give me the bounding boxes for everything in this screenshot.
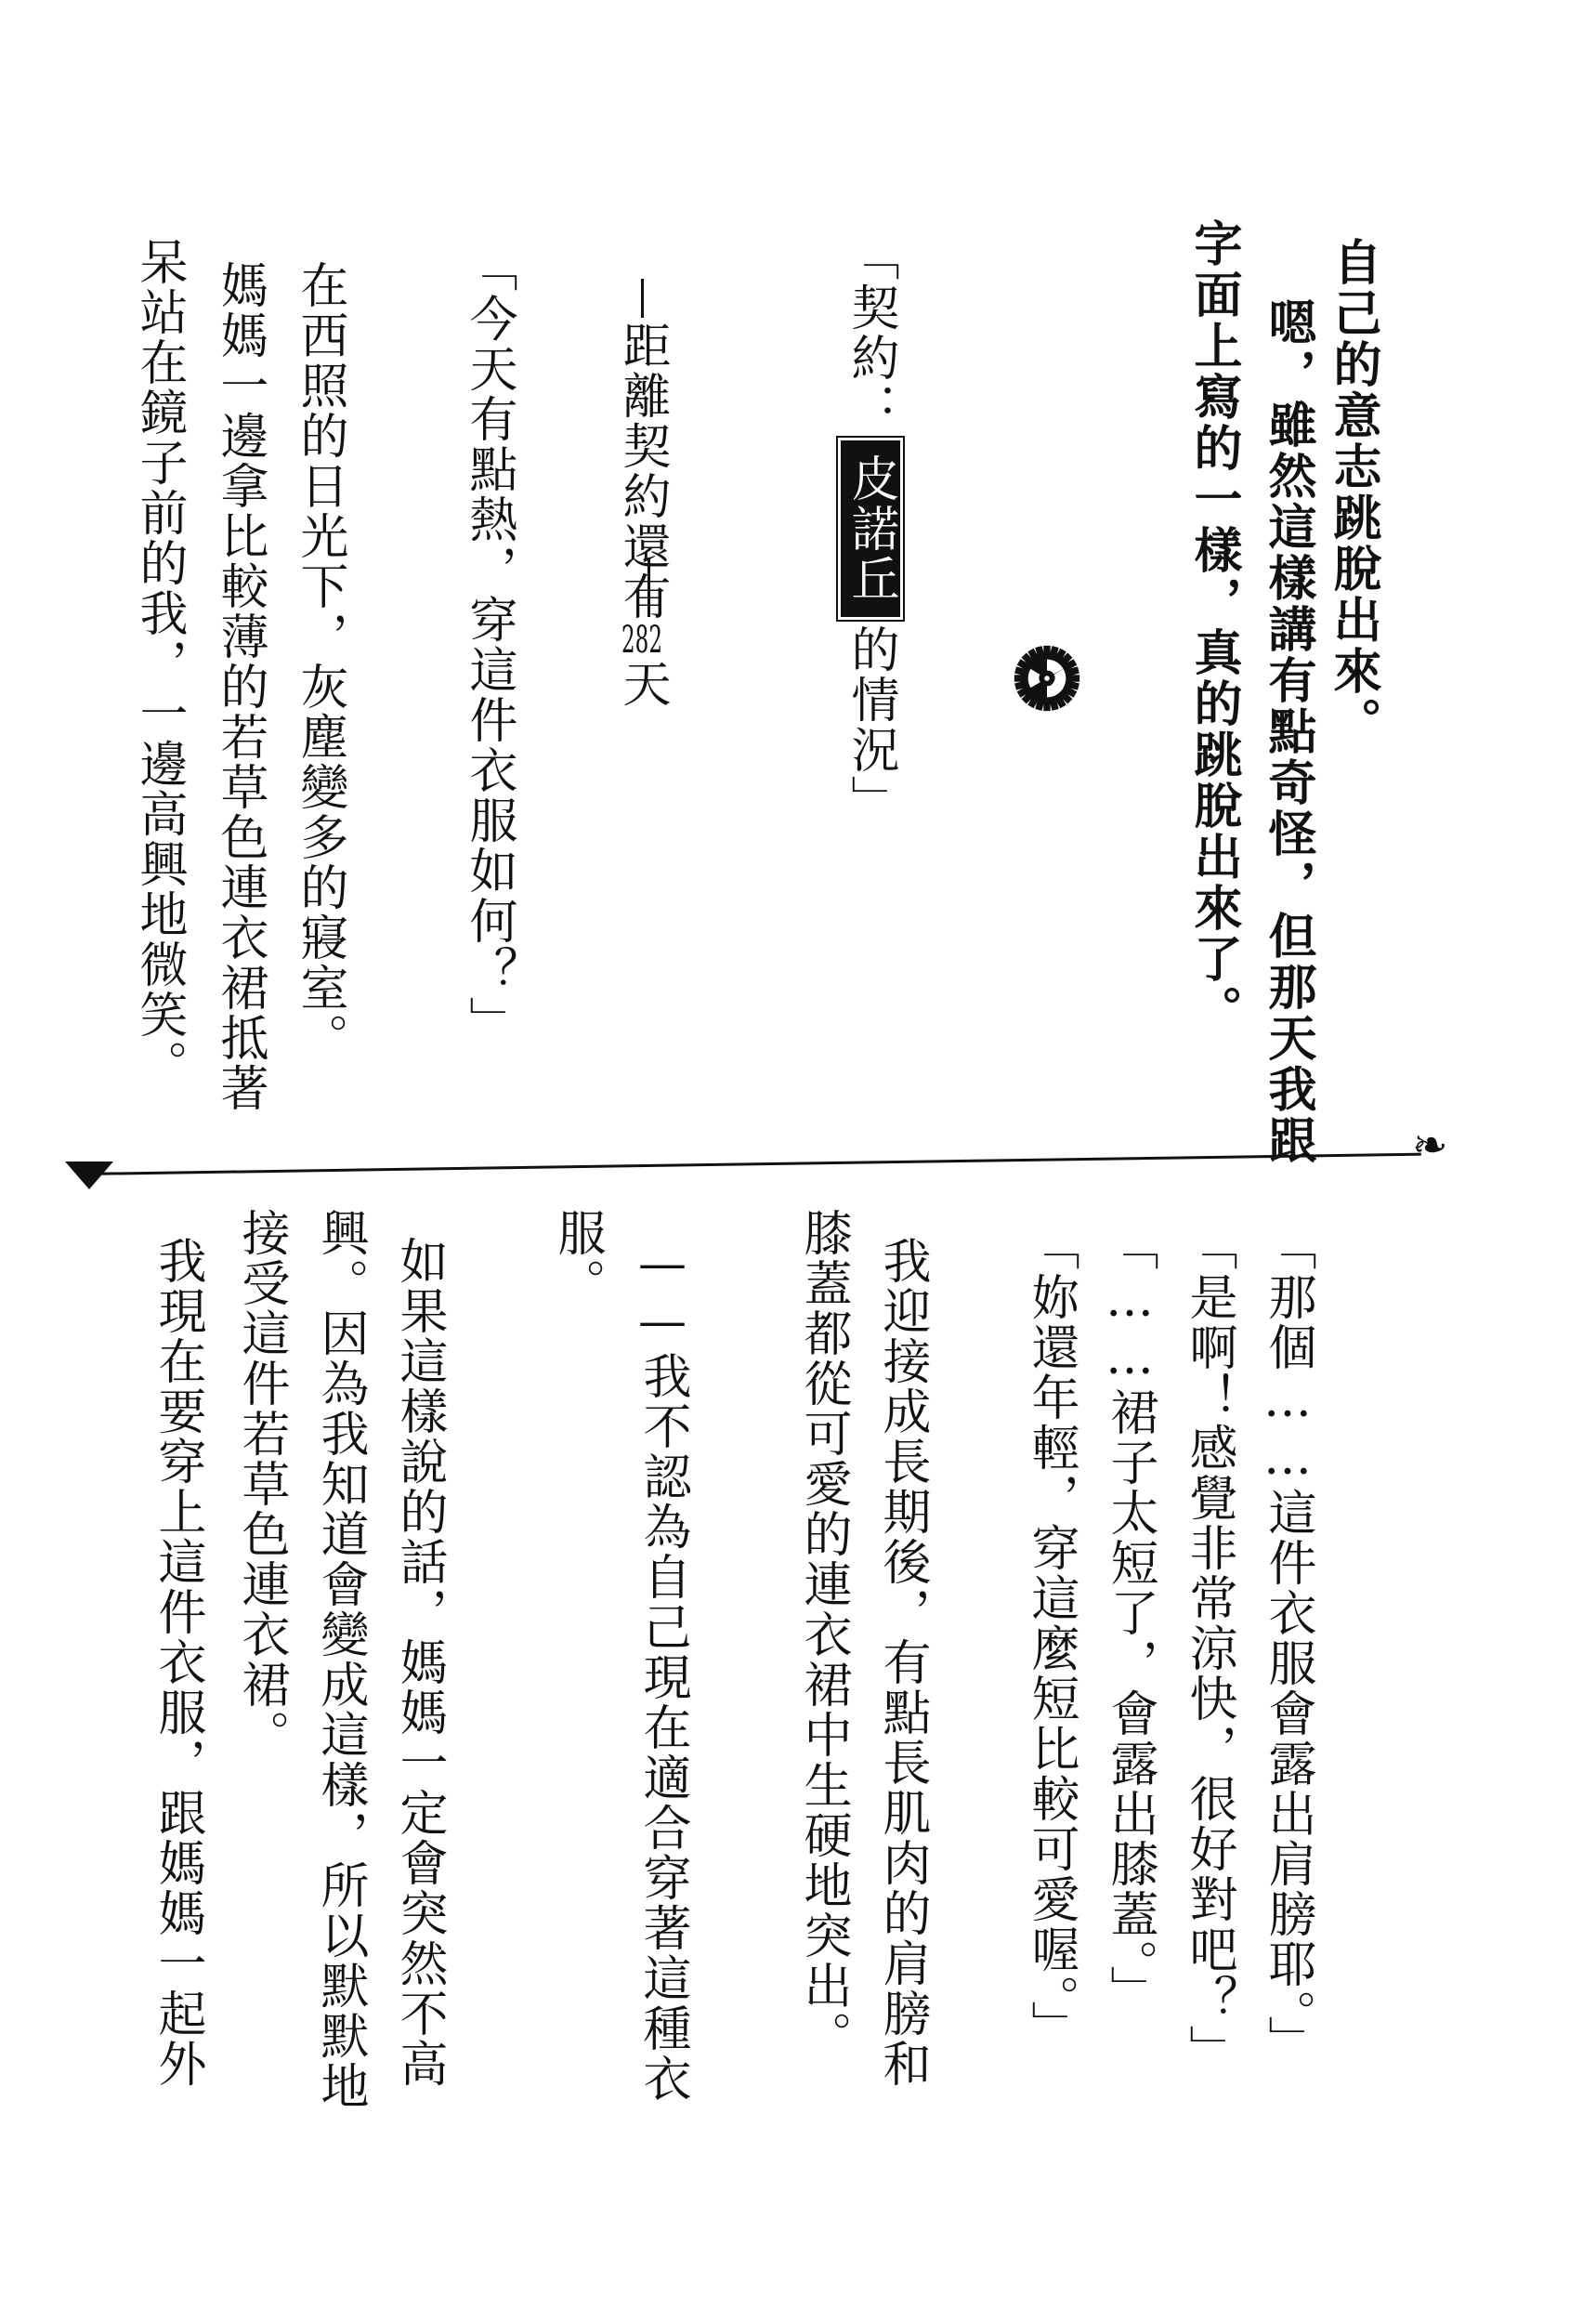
paragraph-column: 在西照的日光下，灰塵變多的寢室。 [295,260,344,1063]
divider-right-ornament: ❧ [1412,1120,1448,1170]
divider-left-ornament [65,1161,113,1189]
paragraph-column: 膝蓋都從可愛的連衣裙中生硬地突出。 [799,1208,847,2061]
dialogue-column: 「妳還年輕，穿這麼短比較可愛喔。」 [1027,1222,1075,2051]
paragraph-column: 服。 [553,1208,601,1308]
paragraph-column: ——我不認為自己現在適合穿著這種衣 [638,1236,687,2104]
chapter-title-suffix: 的情況」 [843,624,898,825]
chapter-title: 「契約：皮諾丘的情況」 [841,232,900,825]
dialogue-column: 「今天有點熱，穿這件衣服如何？」 [464,243,513,1046]
paragraph-column: 呆站在鏡子前的我，一邊高興地微笑。 [135,237,183,1090]
paragraph-column: 自己的意志跳脫出來。 [1328,237,1377,748]
paragraph-column: 媽媽一邊拿比較薄的若草色連衣裙抵著 [216,260,264,1113]
section-divider [84,1153,1421,1175]
countdown-dash-top [641,279,644,318]
dialogue-column: 「……裙子太短了，會露出膝蓋。」 [1105,1222,1154,2015]
paragraph-column: 接受這件若草色連衣裙。 [237,1208,285,1760]
paragraph-column: 我迎接成長期後，有點長肌肉的肩膀和 [878,1236,926,2089]
paragraph-column: 如果這樣說的話，媽媽一定會突然不高 [395,1236,443,2089]
gear-icon [1013,644,1081,713]
countdown-label: 距離契約還有 [614,321,670,622]
paragraph-column: 我現在要穿上這件衣服，跟媽媽一起外 [153,1236,202,2089]
paragraph-column: 字面上寫的一樣，真的跳脫出來了。 [1189,218,1237,1036]
chapter-title-highlight: 皮諾丘 [841,440,900,617]
chapter-title-prefix: 「契約： [843,232,898,433]
countdown-days: 282 [621,622,663,659]
countdown-dash-bottom [648,558,650,617]
paragraph-column: 興。因為我知道會變成這樣，所以默默地 [316,1208,364,2111]
countdown-text: 距離契約還有282天 [618,321,666,709]
dialogue-column: 「是啊！感覺非常涼快，很好對吧？」 [1184,1222,1233,2075]
countdown-unit: 天 [614,659,670,709]
paragraph-column: 嗯，雖然這樣講有點奇怪，但那天我跟 [1263,297,1312,1166]
dialogue-column: 「那個……這件衣服會露出肩膀耶。」 [1263,1222,1312,2066]
